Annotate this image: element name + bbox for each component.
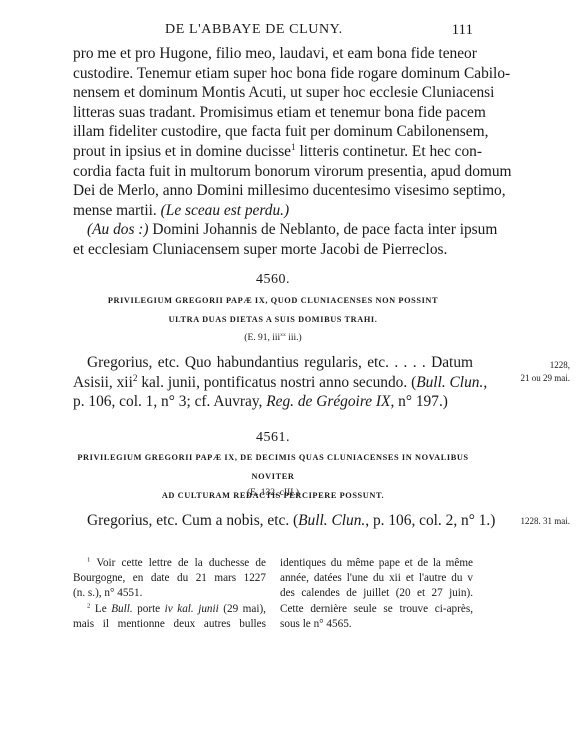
- dorse-line: et ecclesiam Cluniacensem super morte Ja…: [73, 240, 473, 260]
- charter-title-line: ULTRA DUAS DIETAS A SUIS DOMIBUS TRAHI.: [73, 310, 473, 329]
- text-line: pro me et pro Hugone, filio meo, laudavi…: [73, 44, 473, 64]
- text-line: Asisii, xii2 kal. junii, pontificatus no…: [73, 373, 473, 393]
- text-line: Dei de Merlo, anno Domini millesimo duce…: [73, 181, 473, 201]
- text-fragment: , p. 106, col. 2, n° 1.): [365, 512, 495, 529]
- footnote-2-line: des calendes de juillet (20 et 27 juin).: [280, 586, 473, 601]
- text-line: p. 106, col. 1, n° 3; cf. Auvray, Reg. d…: [73, 392, 473, 412]
- text-fragment: mense martii.: [73, 202, 157, 219]
- page-number: 111: [452, 22, 473, 39]
- footnotes: 1 Voir cette lettre de la duchesse de Bo…: [73, 556, 473, 632]
- charter-text-4561: Gregorius, etc. Cum a nobis, etc. (Bull.…: [73, 511, 473, 531]
- bull-clun-ref: Bull. Clun.: [298, 512, 365, 529]
- text-fragment: litteris continetur. Et hec con-: [296, 143, 482, 160]
- charter-source-4561: (E. 132, cIII.): [73, 488, 473, 498]
- text-italic: iv kal. junii: [165, 603, 219, 615]
- charter-title-4560: PRIVILEGIUM GREGORII PAPÆ IX, QUOD CLUNI…: [73, 291, 473, 329]
- footnote-2-line: mais il mentionne deux autres bulles: [73, 617, 266, 632]
- bull-clun-ref: Bull. Clun.: [416, 374, 483, 391]
- text-line: nensem et dominum Montis Acuti, ut super…: [73, 83, 473, 103]
- charter-title-line: PRIVILEGIUM GREGORII PAPÆ IX, QUOD CLUNI…: [73, 291, 473, 310]
- text-line: Gregorius, etc. Cum a nobis, etc. (Bull.…: [73, 511, 473, 531]
- text-fragment: , n° 197.): [390, 393, 447, 410]
- source-ref: (E. 91, iii: [244, 333, 280, 343]
- text-italic: Bull.: [111, 603, 132, 615]
- margin-date-4561: 1228. 31 mai.: [480, 515, 570, 528]
- charter-text-4560: Gregorius, etc. Quo habundantius regular…: [73, 353, 473, 412]
- margin-date-4560: 1228, 21 ou 29 mai.: [495, 359, 570, 385]
- auvray-ref: Reg. de Grégoire IX: [266, 393, 390, 410]
- footnote-2-line: identiques du même pape et de la même: [280, 556, 473, 571]
- text-line: illam fideliter custodire, que facta fui…: [73, 122, 473, 142]
- dorse-text: Domini Johannis de Neblanto, de pace fac…: [149, 221, 498, 238]
- footnote-2-line: sous le n° 4565.: [280, 617, 473, 632]
- charter-number-4560: 4560.: [73, 272, 473, 288]
- running-head: DE L'ABBAYE DE CLUNY. 111: [73, 22, 473, 42]
- margin-date-line: 21 ou 29 mai.: [495, 372, 570, 385]
- document-page: DE L'ABBAYE DE CLUNY. 111 pro me et pro …: [0, 0, 580, 745]
- text-line: prout in ipsius et in domine ducisse1 li…: [73, 142, 473, 162]
- margin-date-line: 1228,: [495, 359, 570, 372]
- footnote-column-2: identiques du même pape et de la même an…: [280, 556, 473, 632]
- charter-title-line: PRIVILEGIUM GREGORII PAPÆ IX, DE DECIMIS…: [60, 448, 486, 486]
- source-ref-end: iii.): [286, 333, 302, 343]
- footnote-1-line: (n. s.), n° 4551.: [73, 586, 266, 601]
- footnote-1-line: 1 Voir cette lettre de la duchesse de: [73, 556, 266, 571]
- text-fragment: Voir cette lettre de la duchesse de: [90, 557, 266, 569]
- text-line: mense martii. (Le sceau est perdu.): [73, 201, 473, 221]
- footnote-2-line: année, datées l'une du xii et l'autre du…: [280, 571, 473, 586]
- footnote-2-line: 2 Le Bull. porte iv kal. junii (29 mai),: [73, 602, 266, 617]
- text-fragment: p. 106, col. 1, n° 3; cf. Auvray,: [73, 393, 266, 410]
- footnote-2-line: Cette dernière seule se trouve ci-après,: [280, 602, 473, 617]
- text-fragment: prout in ipsius et in domine ducisse: [73, 143, 291, 160]
- dorse-label: (Au dos :): [87, 221, 149, 238]
- charter-number-4561: 4561.: [73, 430, 473, 446]
- text-fragment: kal. junii, pontificatus nostri anno sec…: [138, 374, 417, 391]
- running-head-title: DE L'ABBAYE DE CLUNY.: [165, 22, 343, 38]
- continued-charter-text: pro me et pro Hugone, filio meo, laudavi…: [73, 44, 473, 260]
- text-fragment: porte: [133, 603, 165, 615]
- text-line: litteras suas tradant. Promisimus etiam …: [73, 103, 473, 123]
- dorse-line: (Au dos :) Domini Johannis de Neblanto, …: [73, 220, 473, 240]
- seal-note: (Le sceau est perdu.): [161, 202, 290, 219]
- text-fragment: ,: [483, 374, 487, 391]
- footnote-column-1: 1 Voir cette lettre de la duchesse de Bo…: [73, 556, 266, 632]
- text-line: cordia facta fuit in multorum bonorum vi…: [73, 162, 473, 182]
- text-line: custodire. Tenemur etiam super hoc bona …: [73, 64, 473, 84]
- text-fragment: Le: [90, 603, 111, 615]
- text-fragment: Asisii, xii: [73, 374, 133, 391]
- footnote-1-line: Bourgogne, en date du 21 mars 1227: [73, 571, 266, 586]
- text-fragment: Gregorius, etc. Cum a nobis, etc. (: [87, 512, 298, 529]
- text-line: Gregorius, etc. Quo habundantius regular…: [73, 353, 473, 373]
- charter-source-4560: (E. 91, iiixx iii.): [73, 333, 473, 343]
- text-fragment: (29 mai),: [219, 603, 266, 615]
